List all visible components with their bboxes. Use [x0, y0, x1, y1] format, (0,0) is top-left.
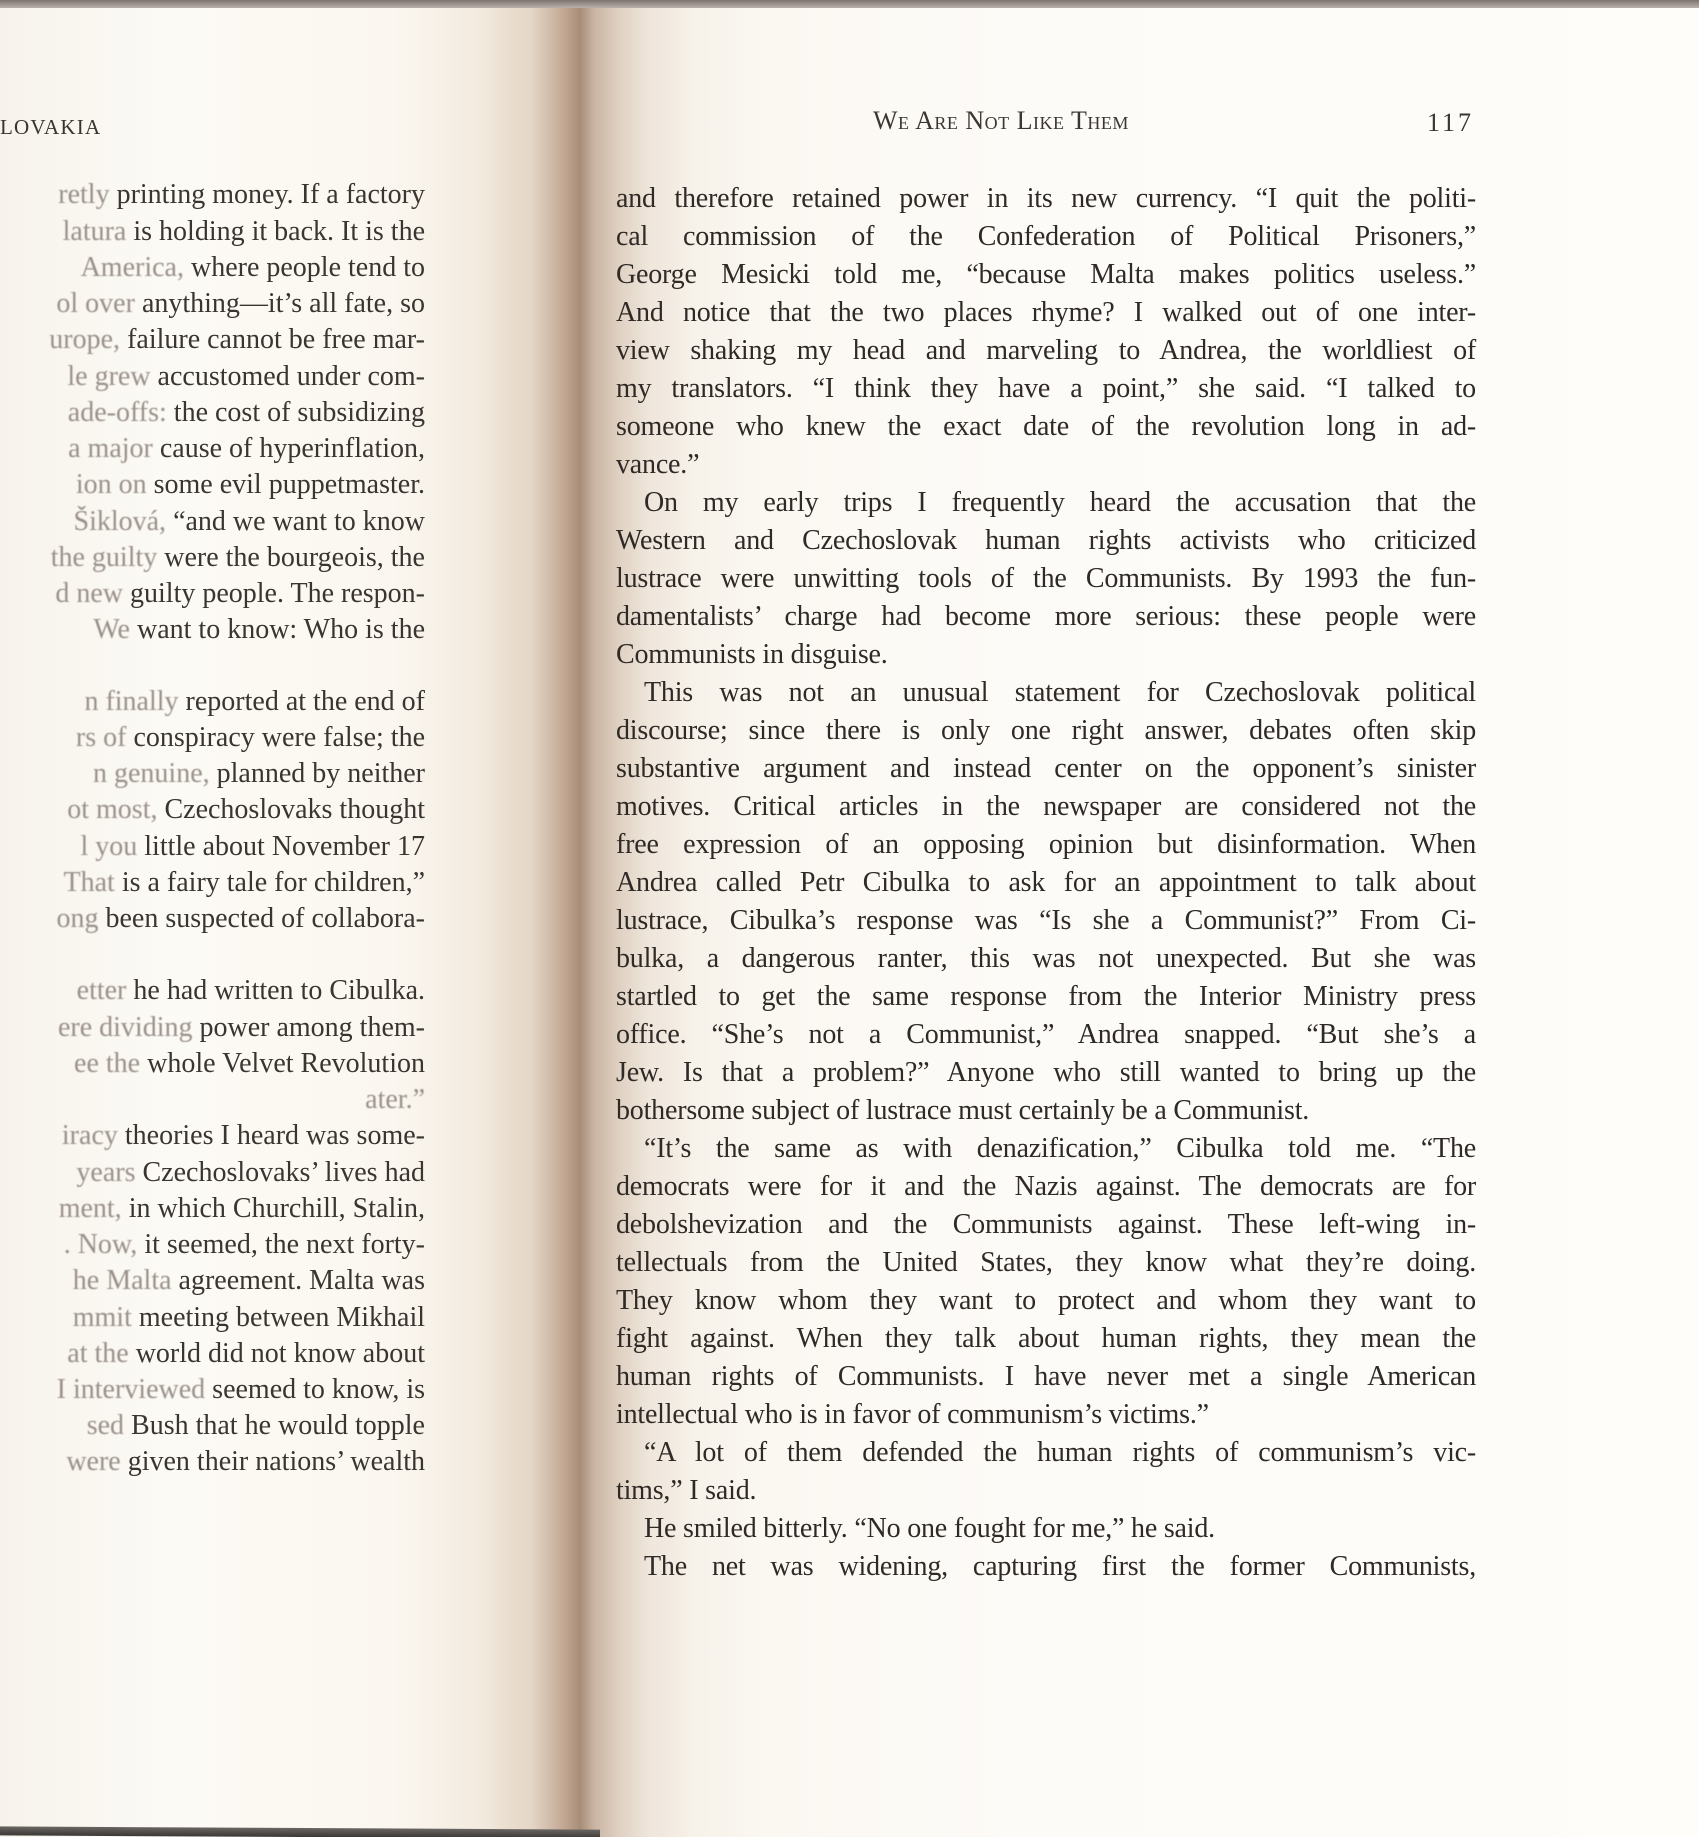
faded-line-start: l you [81, 831, 138, 862]
right-text-line: “A lot of them defended the human rights… [616, 1434, 1476, 1472]
right-text-line: view shaking my head and marveling to An… [616, 332, 1476, 370]
left-text-line: d new guilty people. The respon- [0, 577, 425, 611]
faded-line-start: urope, [49, 324, 120, 355]
line-text: anything—it’s all fate, so [135, 288, 425, 319]
faded-line-start: ade-offs: [68, 397, 167, 428]
right-text-line: George Mesicki told me, “because Malta m… [616, 256, 1476, 294]
faded-line-start: We [93, 614, 130, 645]
right-text-line: and therefore retained power in its new … [616, 180, 1476, 218]
right-text-line: democrats were for it and the Nazis agai… [616, 1168, 1476, 1206]
line-text: been suspected of collabora- [98, 903, 425, 934]
right-text-line: human rights of Communists. I have never… [616, 1358, 1476, 1396]
left-text-line: ee the whole Velvet Revolution [0, 1047, 425, 1081]
faded-line-start: ol over [56, 288, 135, 319]
left-text-line: mmit meeting between Mikhail [0, 1301, 425, 1335]
faded-line-start: ong [56, 903, 98, 934]
left-text-line: . Now, it seemed, the next forty- [0, 1228, 425, 1262]
left-text-line: years Czechoslovaks’ lives had [0, 1156, 425, 1190]
line-text: where people tend to [184, 252, 425, 283]
left-text-line: I interviewed seemed to know, is [0, 1373, 425, 1407]
line-text: Bush that he would topple [124, 1410, 425, 1441]
right-text-line: my translators. “I think they have a poi… [616, 370, 1476, 408]
line-text: he had written to Cibulka. [126, 975, 425, 1006]
line-text: failure cannot be free mar- [120, 324, 425, 355]
faded-line-start: d new [55, 578, 123, 609]
page-number: 117 [1427, 108, 1474, 138]
left-text-line: That is a fairy tale for children,” [0, 866, 425, 900]
line-text: reported at the end of [179, 686, 425, 717]
right-text-line: free expression of an opposing opinion b… [616, 826, 1476, 864]
right-text-line: office. “She’s not a Communist,” Andrea … [616, 1016, 1476, 1054]
right-text-line: debolshevization and the Communists agai… [616, 1206, 1476, 1244]
faded-line-start: rs of [76, 722, 127, 753]
line-text: is holding it back. It is the [126, 216, 425, 247]
right-text-line: someone who knew the exact date of the r… [616, 408, 1476, 446]
left-text-line: a major cause of hyperinflation, [0, 432, 425, 466]
right-text-line: damentalists’ charge had become more ser… [616, 598, 1476, 636]
left-page: LOVAKIA retly printing money. If a facto… [0, 8, 560, 1837]
right-running-head: We Are Not Like Them [873, 106, 1129, 136]
line-text: the cost of subsidizing [167, 397, 425, 428]
left-text-line: were given their nations’ wealth [0, 1445, 425, 1479]
faded-line-start: mmit [73, 1302, 132, 1333]
faded-line-start: Šiklová, [74, 506, 167, 537]
line-text: were the bourgeois, the [157, 542, 425, 573]
left-text-line: the guilty were the bourgeois, the [0, 541, 425, 575]
line-text: guilty people. The respon- [123, 578, 425, 609]
left-text-line: We want to know: Who is the [0, 613, 425, 647]
line-text: theories I heard was some- [118, 1120, 425, 1151]
right-text-line: Western and Czechoslovak human rights ac… [616, 522, 1476, 560]
right-text-line: Andrea called Petr Cibulka to ask for an… [616, 864, 1476, 902]
left-page-body: LOVAKIA retly printing money. If a facto… [0, 8, 560, 1837]
right-text-line: lustrace were unwitting tools of the Com… [616, 560, 1476, 598]
line-text: world did not know about [129, 1338, 425, 1369]
line-text: in which Churchill, Stalin, [122, 1193, 425, 1224]
line-text: agreement. Malta was [172, 1265, 425, 1296]
left-text-line: at the world did not know about [0, 1337, 425, 1371]
line-text: accustomed under com- [151, 361, 425, 392]
faded-line-start: I interviewed [57, 1374, 206, 1405]
right-text-line: tims,” I said. [616, 1472, 1476, 1510]
left-text-line: ment, in which Churchill, Stalin, [0, 1192, 425, 1226]
line-text: planned by neither [210, 758, 425, 789]
left-text-line: ol over anything—it’s all fate, so [0, 287, 425, 321]
right-text-line: This was not an unusual statement for Cz… [616, 674, 1476, 712]
right-text-line: Communists in disguise. [616, 636, 1476, 674]
line-text: power among them- [193, 1012, 426, 1043]
faded-line-start: etter [77, 975, 127, 1006]
faded-line-start: ment, [59, 1193, 122, 1224]
faded-line-start: latura [63, 216, 127, 247]
line-text: printing money. If a factory [110, 179, 425, 210]
left-text-line: ong been suspected of collabora- [0, 902, 425, 936]
left-text-line: etter he had written to Cibulka. [0, 974, 425, 1008]
line-text: “and we want to know [166, 506, 425, 537]
line-text: given their nations’ wealth [121, 1446, 425, 1477]
faded-line-start: ee the [74, 1048, 140, 1079]
right-text-line: cal commission of the Confederation of P… [616, 218, 1476, 256]
faded-line-start: That [64, 867, 115, 898]
left-text-line: he Malta agreement. Malta was [0, 1264, 425, 1298]
faded-line-start: ion on [76, 469, 147, 500]
faded-line-start: a major [68, 433, 153, 464]
faded-line-start: ater.” [365, 1084, 425, 1115]
faded-line-start: . Now, [64, 1229, 138, 1260]
left-text-line: latura is holding it back. It is the [0, 215, 425, 249]
left-text-line: ot most, Czechoslovaks thought [0, 793, 425, 827]
faded-line-start: le grew [67, 361, 150, 392]
right-text-line: bulka, a dangerous ranter, this was not … [616, 940, 1476, 978]
left-text-line: America, where people tend to [0, 251, 425, 285]
left-running-head: LOVAKIA [0, 115, 101, 140]
left-text-line: n genuine, planned by neither [0, 757, 425, 791]
line-text: whole Velvet Revolution [140, 1048, 425, 1079]
right-text-line: motives. Critical articles in the newspa… [616, 788, 1476, 826]
right-text-line: fight against. When they talk about huma… [616, 1320, 1476, 1358]
line-text: little about November 17 [137, 831, 425, 862]
left-text-line: iracy theories I heard was some- [0, 1119, 425, 1153]
right-text-line: And notice that the two places rhyme? I … [616, 294, 1476, 332]
faded-line-start: n genuine, [93, 758, 210, 789]
right-text-line: They know whom they want to protect and … [616, 1282, 1476, 1320]
line-text: some evil puppetmaster. [147, 469, 425, 500]
right-text-line: lustrace, Cibulka’s response was “Is she… [616, 902, 1476, 940]
faded-line-start: at the [67, 1338, 128, 1369]
right-text-line: “It’s the same as with denazification,” … [616, 1130, 1476, 1168]
faded-line-start: retly [58, 179, 109, 210]
line-text: conspiracy were false; the [126, 722, 425, 753]
right-text-line: He smiled bitterly. “No one fought for m… [616, 1510, 1476, 1548]
left-text-line: ion on some evil puppetmaster. [0, 468, 425, 502]
left-text-line: ade-offs: the cost of subsidizing [0, 396, 425, 430]
right-text-line: startled to get the same response from t… [616, 978, 1476, 1016]
faded-line-start: sed [87, 1410, 124, 1441]
left-text-line: retly printing money. If a factory [0, 178, 425, 212]
faded-line-start: iracy [62, 1120, 118, 1151]
right-text-line: substantive argument and instead center … [616, 750, 1476, 788]
faded-line-start: America, [81, 252, 184, 283]
left-text-line: sed Bush that he would topple [0, 1409, 425, 1443]
right-text-line: bothersome subject of lustrace must cert… [616, 1092, 1476, 1130]
left-text-line: rs of conspiracy were false; the [0, 721, 425, 755]
right-text-line: intellectual who is in favor of communis… [616, 1396, 1476, 1434]
scan-top-edge [0, 0, 1699, 8]
line-text: it seemed, the next forty- [137, 1229, 425, 1260]
left-text-line: Šiklová, “and we want to know [0, 505, 425, 539]
left-text-line: l you little about November 17 [0, 830, 425, 864]
faded-line-start: the guilty [51, 542, 158, 573]
faded-line-start: years [76, 1157, 135, 1188]
line-text: seemed to know, is [205, 1374, 425, 1405]
left-text-line: ater.” [0, 1083, 425, 1117]
right-text-line: discourse; since there is only one right… [616, 712, 1476, 750]
left-text-line: urope, failure cannot be free mar- [0, 323, 425, 357]
faded-line-start: ot most, [67, 794, 157, 825]
faded-line-start: were [66, 1446, 120, 1477]
line-text: Czechoslovaks’ lives had [135, 1157, 425, 1188]
left-text-line: n finally reported at the end of [0, 685, 425, 719]
right-text-line: Jew. Is that a problem?” Anyone who stil… [616, 1054, 1476, 1092]
faded-line-start: he Malta [73, 1265, 172, 1296]
right-text-line: vance.” [616, 446, 1476, 484]
line-text: Czechoslovaks thought [157, 794, 425, 825]
left-text-line: ere dividing power among them- [0, 1011, 425, 1045]
line-text: is a fairy tale for children,” [115, 867, 425, 898]
right-text-line: The net was widening, capturing first th… [616, 1548, 1476, 1586]
line-text: meeting between Mikhail [132, 1302, 425, 1333]
line-text: cause of hyperinflation, [153, 433, 425, 464]
right-text-line: On my early trips I frequently heard the… [616, 484, 1476, 522]
line-text: want to know: Who is the [130, 614, 425, 645]
left-text-line: le grew accustomed under com- [0, 360, 425, 394]
right-text-line: tellectuals from the United States, they… [616, 1244, 1476, 1282]
faded-line-start: ere dividing [58, 1012, 193, 1043]
faded-line-start: n finally [84, 686, 178, 717]
